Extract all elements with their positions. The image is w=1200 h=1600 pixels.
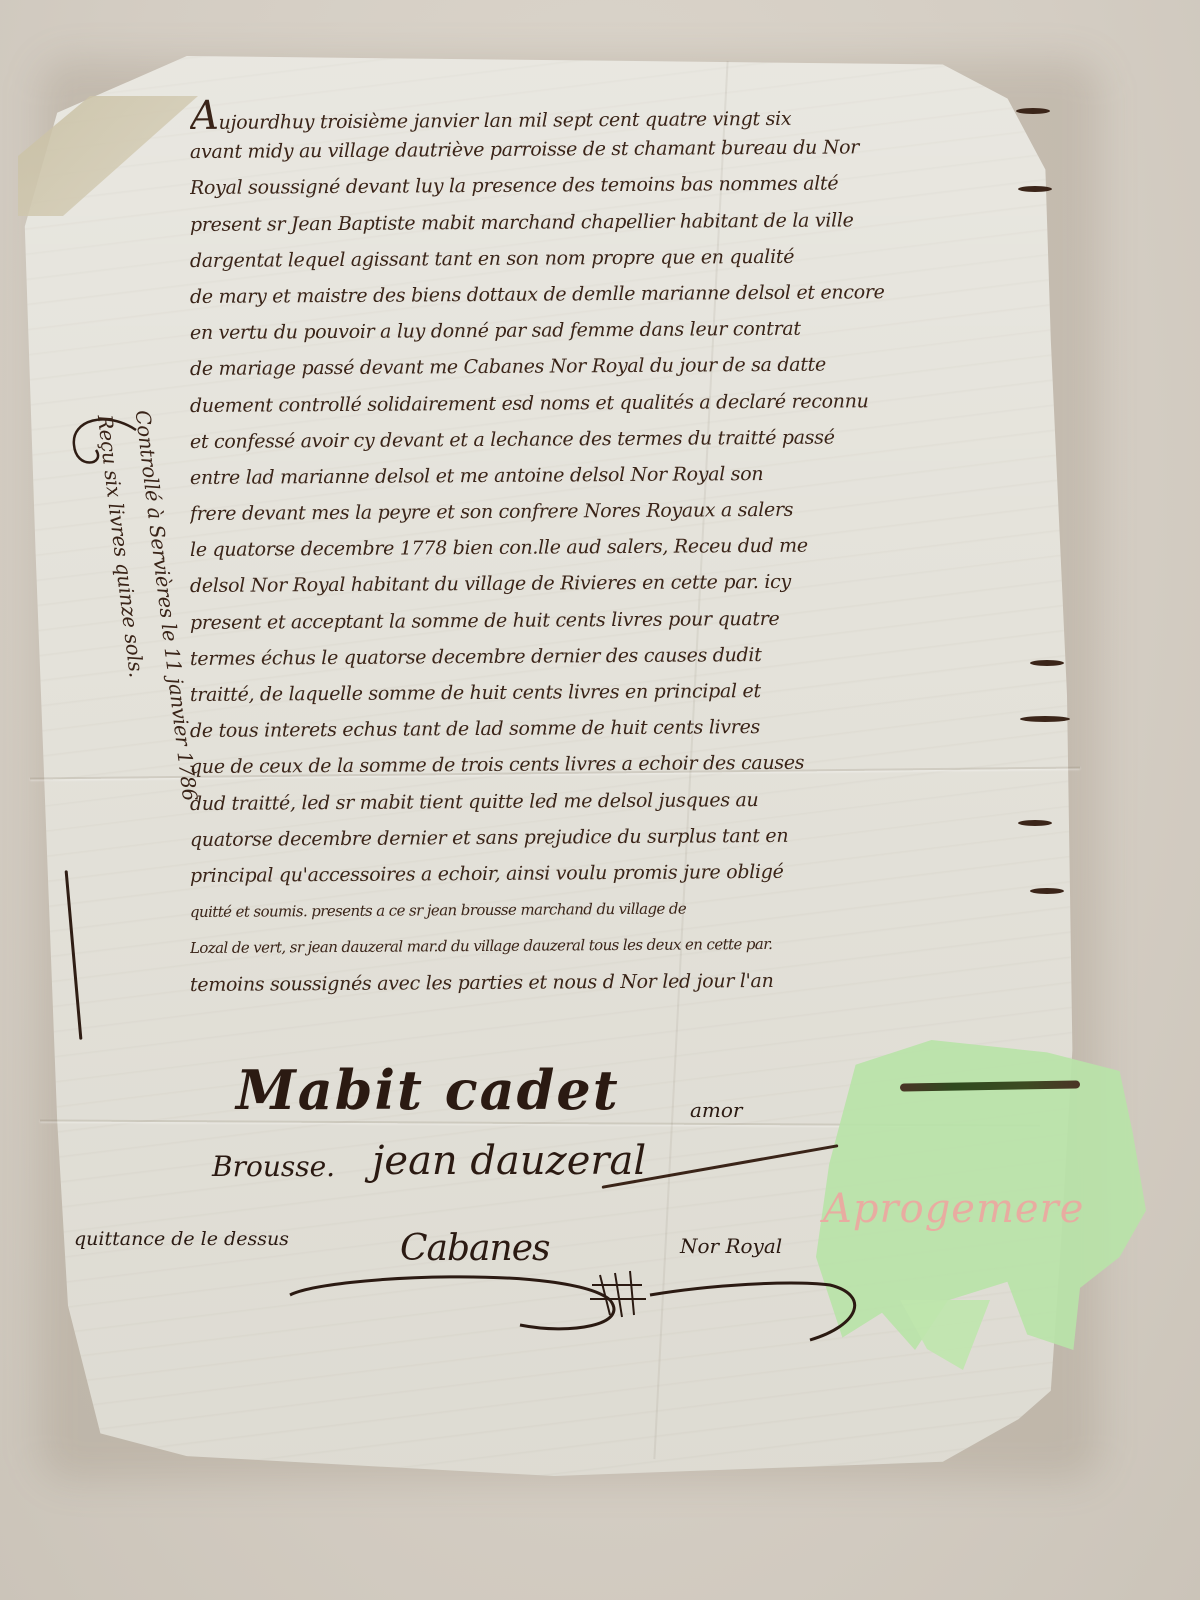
body-line: temoins soussignés avec les parties et n… <box>190 960 1070 1002</box>
body-line: present sr Jean Baptiste mabit marchand … <box>190 200 1070 242</box>
body-line: entre lad marianne delsol et me antoine … <box>190 454 1070 496</box>
signature-amor: amor <box>690 1098 743 1122</box>
signature-mabit: Mabit cadet <box>236 1058 620 1122</box>
watermark: Aprogemere <box>823 1186 1084 1232</box>
body-line: delsol Nor Royal habitant du village de … <box>190 562 1070 604</box>
body-line: duement controllé solidairement esd noms… <box>190 381 1070 423</box>
signature-brousse: Brousse. <box>212 1150 335 1183</box>
line-end-dash <box>1016 108 1050 114</box>
line-end-dash <box>1020 716 1070 722</box>
line-end-dash <box>1030 888 1064 894</box>
line-end-dash <box>1018 820 1052 826</box>
body-line: dud traitté, led sr mabit tient quitte l… <box>190 779 1070 821</box>
body-line: termes échus le quatorse decembre dernie… <box>190 635 1070 677</box>
endorsement-note: quittance de le dessus <box>74 1228 289 1250</box>
body-line: principal qu'accessoires a echoir, ainsi… <box>190 852 1070 894</box>
body-line: que de ceux de la somme de trois cents l… <box>190 743 1070 785</box>
line-end-dash <box>1030 660 1064 666</box>
body-line: dargentat lequel agissant tant en son no… <box>190 237 1070 279</box>
document-body: Aujourdhuy troisième janvier lan mil sep… <box>190 98 1070 1003</box>
body-line: Royal soussigné devant luy la presence d… <box>190 164 1070 206</box>
body-line: present et acceptant la somme de huit ce… <box>190 598 1070 640</box>
signature-dauzeral: jean dauzeral <box>372 1138 646 1184</box>
notary-paraph-icon <box>270 1255 890 1355</box>
body-line: Lozal de vert, sr jean dauzeral mar.d du… <box>190 924 1070 966</box>
body-line: de mary et maistre des biens dottaux de … <box>190 273 1070 315</box>
body-line: et confessé avoir cy devant et a lechanc… <box>190 418 1070 460</box>
line-end-dash <box>1018 186 1052 192</box>
body-line: de mariage passé devant me Cabanes Nor R… <box>190 345 1070 387</box>
body-line: quatorse decembre dernier et sans prejud… <box>190 816 1070 858</box>
